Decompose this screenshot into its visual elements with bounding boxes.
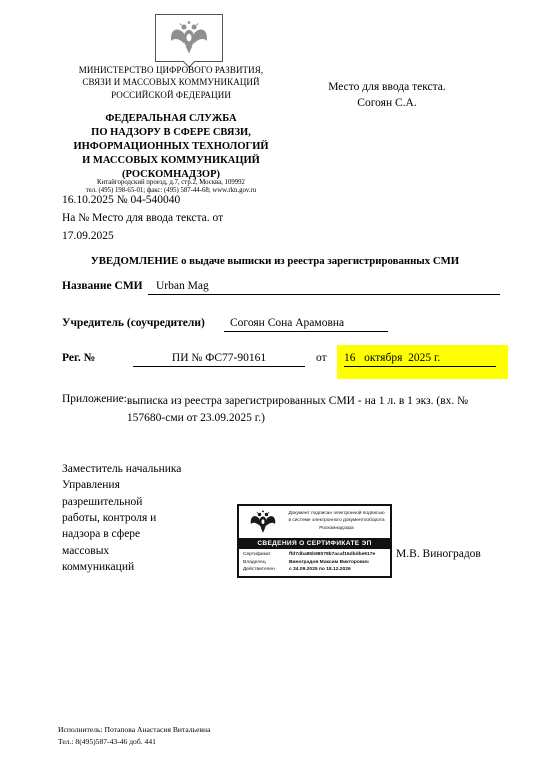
executor-phone: Тел.: 8(495)587-43-46 доб. 441 (58, 736, 210, 748)
reg-from-word: от (316, 352, 327, 364)
agency-contacts: тел. (495) 198-65-01; факс: (495) 587-44… (41, 187, 301, 194)
official-letter-page: МИНИСТЕРСТВО ЦИФРОВОГО РАЗВИТИЯ, СВЯЗИ И… (0, 0, 550, 778)
recipient-block: Место для ввода текста. Согоян С.А. (307, 79, 467, 111)
stamp-certificate-fields: Сертификат ffd7dba85b98078b7acaf16dbdbe9… (239, 549, 390, 574)
founder-row: Учредитель (соучредители) Согоян Сона Ар… (62, 317, 388, 332)
media-name-label: Название СМИ (62, 280, 148, 295)
outgoing-number: 16.10.2025 № 04-540040 (62, 194, 180, 206)
digital-signature-stamp: Документ подписан электронной подписью в… (237, 504, 392, 578)
stamp-cert-value: ffd7dba85b98078b7acaf16dbdbe917e (289, 551, 388, 559)
stamp-valid-value: с 24.09.2025 по 18.12.2026 (289, 566, 388, 574)
stamp-header: Документ подписан электронной подписью в… (239, 506, 390, 538)
reg-number-field: ПИ № ФС77-90161 (133, 352, 305, 367)
coat-of-arms-emblem (155, 14, 223, 62)
double-headed-eagle-icon (167, 19, 211, 57)
signer-name: М.В. Виноградов (396, 548, 481, 560)
attachment-label: Приложение: (62, 393, 127, 426)
media-name-field: Urban Mag (148, 280, 500, 295)
stamp-valid-label: Действителен (243, 566, 287, 574)
stamp-owner-label: Владелец (243, 559, 287, 567)
attachment-row: Приложение: выписка из реестра зарегистр… (62, 393, 502, 426)
stamp-eagle-icon (239, 506, 287, 538)
executor-name: Исполнитель: Потапова Анастасия Витальев… (58, 724, 210, 736)
signer-position-title: Заместитель начальника Управления разреш… (62, 461, 212, 575)
reg-number-label: Рег. № (62, 352, 95, 364)
reference-line: На № Место для ввода текста. от (62, 212, 223, 224)
stamp-owner-value: Виноградов Максим Викторович (289, 559, 388, 567)
reg-date-field: 16 октября 2025 г. (344, 352, 496, 367)
media-name-row: Название СМИ Urban Mag (62, 280, 500, 295)
federal-service-name: ФЕДЕРАЛЬНАЯ СЛУЖБА ПО НАДЗОРУ В СФЕРЕ СВ… (41, 112, 301, 182)
ministry-name: МИНИСТЕРСТВО ЦИФРОВОГО РАЗВИТИЯ, СВЯЗИ И… (41, 64, 301, 101)
attachment-text: выписка из реестра зарегистрированных СМ… (127, 393, 479, 426)
agency-address: Китайгородский проезд, д.7, стр.2, Москв… (41, 179, 301, 186)
stamp-banner: СВЕДЕНИЯ О СЕРТИФИКАТЕ ЭП (239, 538, 390, 549)
executor-footer: Исполнитель: Потапова Анастасия Витальев… (58, 724, 210, 748)
founder-label: Учредитель (соучредители) (62, 317, 224, 332)
reference-date: 17.09.2025 (62, 230, 114, 242)
stamp-header-text: Документ подписан электронной подписью в… (287, 506, 390, 538)
reg-date-highlight: 16 октября 2025 г. (337, 345, 508, 379)
founder-field: Согоян Сона Арамовна (224, 317, 388, 332)
stamp-cert-label: Сертификат (243, 551, 287, 559)
document-title: УВЕДОМЛЕНИЕ о выдаче выписки из реестра … (55, 255, 495, 267)
